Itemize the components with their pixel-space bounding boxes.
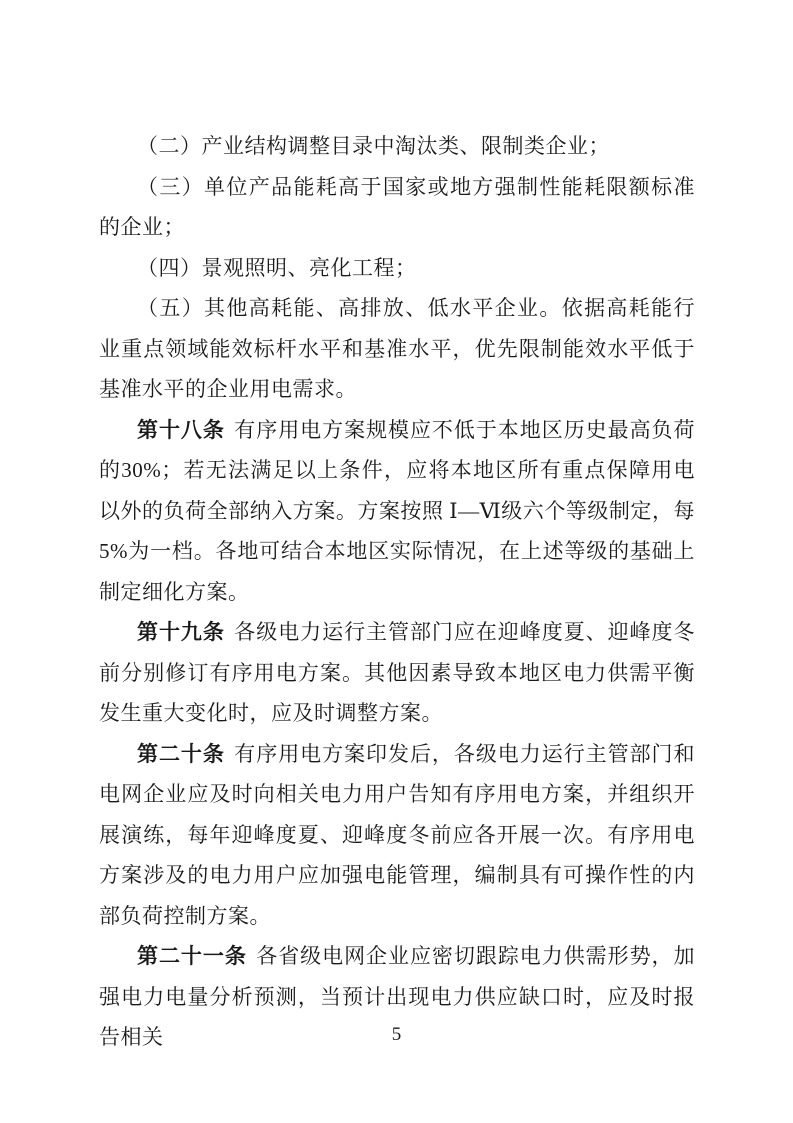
list-item-text: （三）单位产品能耗高于国家或地方强制性能耗限额标准的企业； [99,175,695,240]
article-paragraph: 第十八条有序用电方案规模应不低于本地区历史最高负荷的30%；若无法满足以上条件，… [99,410,695,613]
article-text: 有序用电方案规模应不低于本地区历史最高负荷的30%；若无法满足以上条件，应将本地… [99,418,695,604]
page-number: 5 [392,1024,402,1045]
list-item: （四）景观照明、亮化工程； [99,248,695,289]
list-item: （五）其他高耗能、高排放、低水平企业。依据高耗能行业重点领域能效标杆水平和基准水… [99,288,695,410]
list-item-text: （五）其他高耗能、高排放、低水平企业。依据高耗能行业重点领域能效标杆水平和基准水… [99,296,695,401]
article-paragraph: 第十九条各级电力运行主管部门应在迎峰度夏、迎峰度冬前分别修订有序用电方案。其他因… [99,612,695,734]
article-paragraph: 第二十条有序用电方案印发后，各级电力运行主管部门和电网企业应及时向相关电力用户告… [99,734,695,937]
document-body: （二）产业结构调整目录中淘汰类、限制类企业； （三）单位产品能耗高于国家或地方强… [99,126,695,1058]
article-number: 第二十一条 [137,944,247,968]
list-item-text: （四）景观照明、亮化工程； [137,256,417,280]
article-number: 第二十条 [137,742,225,766]
list-item: （三）单位产品能耗高于国家或地方强制性能耗限额标准的企业； [99,167,695,248]
page-footer: 5 [0,1018,793,1052]
article-number: 第十八条 [137,418,225,442]
list-item-text: （二）产业结构调整目录中淘汰类、限制类企业； [137,134,610,158]
article-text: 有序用电方案印发后，各级电力运行主管部门和电网企业应及时向相关电力用户告知有序用… [99,742,695,928]
article-number: 第十九条 [137,620,225,644]
document-page: （二）产业结构调整目录中淘汰类、限制类企业； （三）单位产品能耗高于国家或地方强… [0,0,793,1123]
list-item: （二）产业结构调整目录中淘汰类、限制类企业； [99,126,695,167]
